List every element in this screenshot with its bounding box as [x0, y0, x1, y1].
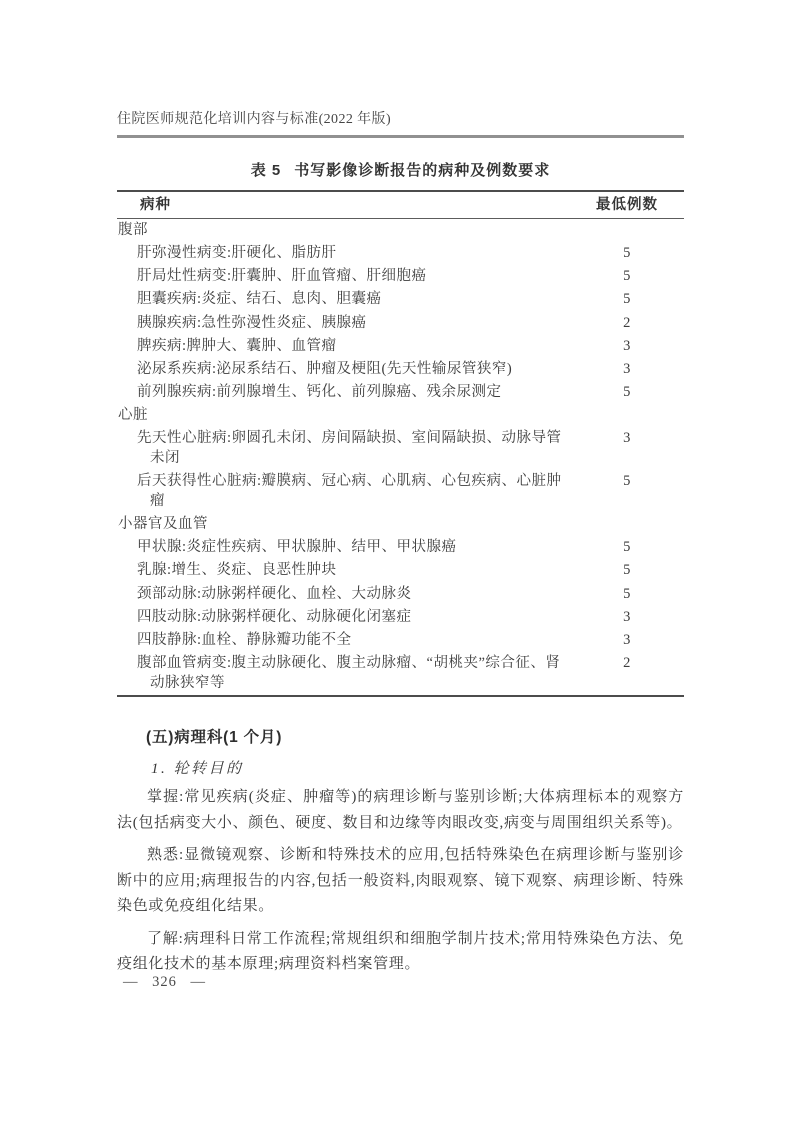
disease-cell: 肝局灶性病变:肝囊肿、肝血管瘤、肝细胞癌	[117, 267, 570, 287]
disease-cell: 颈部动脉:动脉粥样硬化、血栓、大动脉炎	[117, 585, 570, 605]
min-cases-cell: 3	[570, 337, 684, 357]
disease-cell: 胰腺疾病:急性弥漫性炎症、胰腺癌	[117, 314, 570, 334]
table-disease-row: 前列腺疾病:前列腺增生、钙化、前列腺癌、残余尿测定5	[117, 381, 684, 404]
disease-cell: 先天性心脏病:卵圆孔未闭、房间隔缺损、室间隔缺损、动脉导管未闭	[117, 429, 570, 468]
table-disease-row: 四肢动脉:动脉粥样硬化、动脉硬化闭塞症3	[117, 606, 684, 629]
min-cases-cell: 3	[570, 429, 684, 468]
table-disease-row: 先天性心脏病:卵圆孔未闭、房间隔缺损、室间隔缺损、动脉导管未闭3	[117, 428, 684, 471]
disease-cell: 乳腺:增生、炎症、良恶性肿块	[117, 561, 570, 581]
column-header-min-cases: 最低例数	[570, 195, 684, 215]
section-heading: (五)病理科(1 个月)	[117, 725, 684, 747]
table-header-row: 病种 最低例数	[117, 190, 684, 219]
min-cases-cell: 5	[570, 538, 684, 558]
table-title: 表 5书写影像诊断报告的病种及例数要求	[117, 159, 684, 180]
table-section-row: 腹部	[117, 219, 684, 242]
disease-cell: 腹部血管病变:腹主动脉硬化、腹主动脉瘤、“胡桃夹”综合征、肾动脉狭窄等	[117, 654, 570, 693]
section-name-cell: 心脏	[117, 406, 570, 426]
min-cases-cell: 5	[570, 472, 684, 511]
table-disease-row: 乳腺:增生、炎症、良恶性肿块5	[117, 560, 684, 583]
min-cases-cell	[570, 406, 684, 426]
diseases-table: 病种 最低例数 腹部肝弥漫性病变:肝硬化、脂肪肝5肝局灶性病变:肝囊肿、肝血管瘤…	[117, 190, 684, 697]
min-cases-cell: 3	[570, 631, 684, 651]
disease-cell: 肝弥漫性病变:肝硬化、脂肪肝	[117, 244, 570, 264]
min-cases-cell: 2	[570, 314, 684, 334]
paragraph-familiar: 熟悉:显微镜观察、诊断和特殊技术的应用,包括特殊染色在病理诊断与鉴别诊断中的应用…	[117, 843, 684, 920]
document-page: 住院医师规范化培训内容与标准(2022 年版) 表 5书写影像诊断报告的病种及例…	[0, 0, 800, 1131]
diseases-table-body: 腹部肝弥漫性病变:肝硬化、脂肪肝5肝局灶性病变:肝囊肿、肝血管瘤、肝细胞癌5胆囊…	[117, 219, 684, 695]
min-cases-cell: 5	[570, 585, 684, 605]
body-section: (五)病理科(1 个月) 1. 轮转目的 掌握:常见疾病(炎症、肿瘤等)的病理诊…	[117, 725, 684, 978]
table-disease-row: 四肢静脉:血栓、静脉瓣功能不全3	[117, 629, 684, 652]
subsection-heading: 1. 轮转目的	[117, 757, 684, 778]
table-disease-row: 肝局灶性病变:肝囊肿、肝血管瘤、肝细胞癌5	[117, 265, 684, 288]
table-label: 表 5	[251, 162, 282, 179]
min-cases-cell: 3	[570, 360, 684, 380]
disease-cell: 四肢静脉:血栓、静脉瓣功能不全	[117, 631, 570, 651]
table-title-text: 书写影像诊断报告的病种及例数要求	[294, 162, 550, 179]
table-disease-row: 脾疾病:脾肿大、囊肿、血管瘤3	[117, 335, 684, 358]
column-header-disease: 病种	[117, 195, 570, 215]
min-cases-cell: 5	[570, 267, 684, 287]
running-head: 住院医师规范化培训内容与标准(2022 年版)	[117, 108, 684, 128]
min-cases-cell	[570, 221, 684, 241]
table-disease-row: 后天获得性心脏病:瓣膜病、冠心病、心肌病、心包疾病、心脏肿瘤5	[117, 470, 684, 513]
page-number: — 326 —	[123, 974, 206, 991]
min-cases-cell: 5	[570, 383, 684, 403]
disease-cell: 脾疾病:脾肿大、囊肿、血管瘤	[117, 337, 570, 357]
table-disease-row: 腹部血管病变:腹主动脉硬化、腹主动脉瘤、“胡桃夹”综合征、肾动脉狭窄等2	[117, 652, 684, 695]
section-name-cell: 小器官及血管	[117, 515, 570, 535]
min-cases-cell	[570, 515, 684, 535]
table-section-row: 心脏	[117, 405, 684, 428]
paragraph-understand: 了解:病理科日常工作流程;常规组织和细胞学制片技术;常用特殊染色方法、免疫组化技…	[117, 927, 684, 978]
paragraph-grasp: 掌握:常见疾病(炎症、肿瘤等)的病理诊断与鉴别诊断;大体病理标本的观察方法(包括…	[117, 785, 684, 836]
table-disease-row: 肝弥漫性病变:肝硬化、脂肪肝5	[117, 242, 684, 265]
section-name-cell: 腹部	[117, 221, 570, 241]
disease-cell: 后天获得性心脏病:瓣膜病、冠心病、心肌病、心包疾病、心脏肿瘤	[117, 472, 570, 511]
table-disease-row: 泌尿系疾病:泌尿系结石、肿瘤及梗阻(先天性输尿管狭窄)3	[117, 358, 684, 381]
disease-cell: 四肢动脉:动脉粥样硬化、动脉硬化闭塞症	[117, 608, 570, 628]
min-cases-cell: 5	[570, 561, 684, 581]
table-disease-row: 胰腺疾病:急性弥漫性炎症、胰腺癌2	[117, 312, 684, 335]
page-content: 住院医师规范化培训内容与标准(2022 年版) 表 5书写影像诊断报告的病种及例…	[117, 0, 684, 978]
running-head-rule	[117, 135, 684, 138]
min-cases-cell: 3	[570, 608, 684, 628]
disease-cell: 泌尿系疾病:泌尿系结石、肿瘤及梗阻(先天性输尿管狭窄)	[117, 360, 570, 380]
min-cases-cell: 2	[570, 654, 684, 693]
disease-cell: 胆囊疾病:炎症、结石、息肉、胆囊癌	[117, 290, 570, 310]
min-cases-cell: 5	[570, 244, 684, 264]
table-disease-row: 颈部动脉:动脉粥样硬化、血栓、大动脉炎5	[117, 583, 684, 606]
table-disease-row: 胆囊疾病:炎症、结石、息肉、胆囊癌5	[117, 289, 684, 312]
table-section-row: 小器官及血管	[117, 513, 684, 536]
disease-cell: 前列腺疾病:前列腺增生、钙化、前列腺癌、残余尿测定	[117, 383, 570, 403]
disease-cell: 甲状腺:炎症性疾病、甲状腺肿、结甲、甲状腺癌	[117, 538, 570, 558]
min-cases-cell: 5	[570, 290, 684, 310]
table-disease-row: 甲状腺:炎症性疾病、甲状腺肿、结甲、甲状腺癌5	[117, 536, 684, 559]
